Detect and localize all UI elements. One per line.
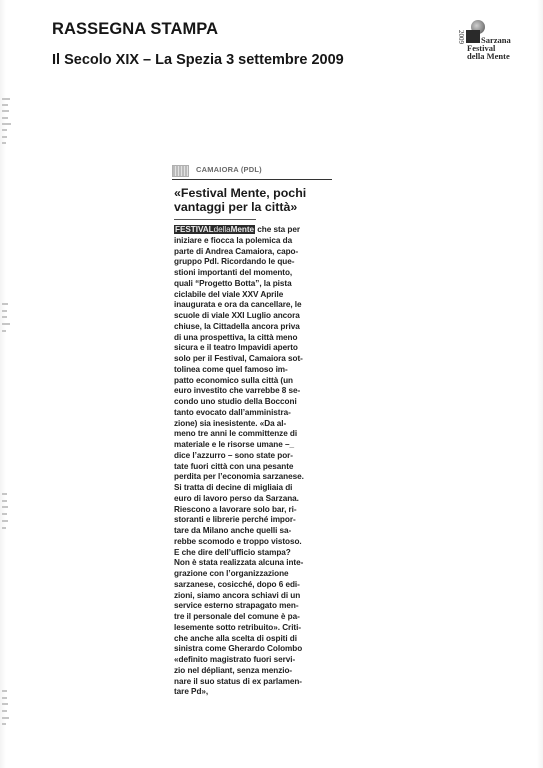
tag-word-della: della [214, 225, 231, 234]
tag-word-mente: Mente [231, 225, 254, 234]
logo-line-della-mente: della Mente [467, 52, 510, 61]
article-body: FESTIVALdellaMente che sta per iniziare … [172, 225, 332, 698]
article-body-text: che sta per iniziare e fiocca la polemic… [174, 225, 304, 696]
article-headline: «Festival Mente, pochi vantaggi per la c… [172, 186, 332, 214]
festival-logo: 2009 Sarzana Festival della Mente [457, 18, 537, 68]
logo-year: 2009 [457, 30, 465, 44]
festival-tag: FESTIVALdellaMente [174, 225, 255, 234]
left-margin-scan-marks [2, 0, 14, 768]
source-and-date: Il Secolo XIX – La Spezia 3 settembre 20… [52, 52, 344, 68]
press-review-title: RASSEGNA STAMPA [52, 20, 218, 39]
news-clipping: CAMAIORA (PDL) «Festival Mente, pochi va… [172, 163, 332, 698]
headline-divider [174, 219, 256, 220]
logo-square-mark [466, 30, 480, 43]
kicker-row: CAMAIORA (PDL) [172, 163, 332, 180]
newspaper-section-icon [172, 165, 189, 177]
article-kicker: CAMAIORA (PDL) [196, 165, 262, 174]
tag-word-festival: FESTIVAL [175, 225, 214, 234]
